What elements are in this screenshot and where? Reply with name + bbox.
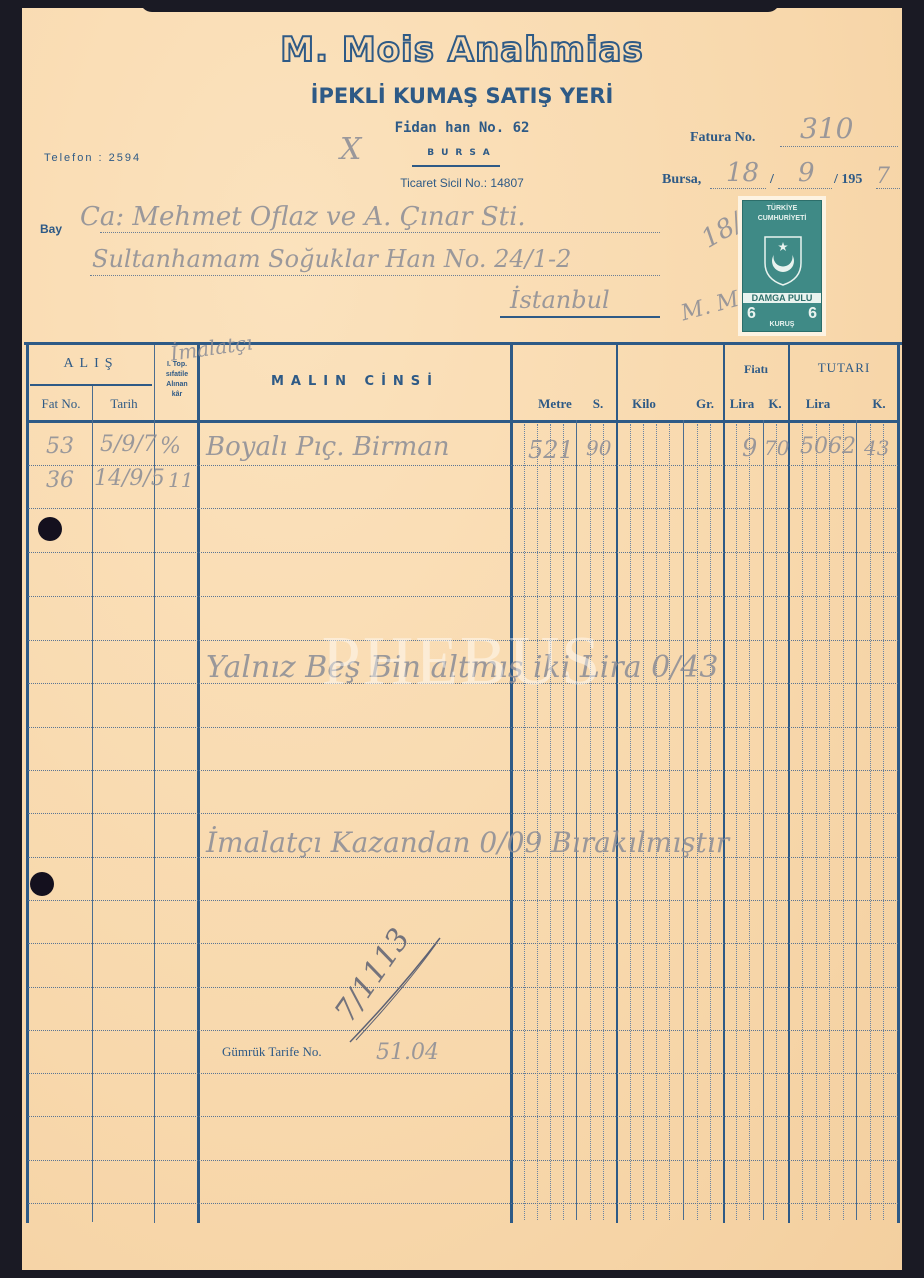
header-malin-cinsi: MALIN CİNSİ (200, 374, 510, 389)
header-tarih: Tarih (94, 396, 154, 412)
customer-line-2 (90, 275, 660, 276)
row-line (28, 900, 898, 901)
subcol (630, 424, 631, 1220)
row1-tarih: 5/9/7 (100, 432, 157, 457)
header-kar-3: Alınan (157, 380, 197, 390)
crescent-star-icon (761, 231, 805, 287)
row-line (28, 552, 898, 553)
col-border-metre-s (576, 420, 577, 1220)
header-kar: I. Top. sıfatile Alınan kâr (157, 360, 197, 400)
header-fiati: Fiatı (726, 362, 786, 377)
row2-fat-no: 36 (46, 468, 74, 493)
header-fat-no: Fat No. (30, 396, 92, 412)
subcol (563, 424, 564, 1220)
subcol (643, 424, 644, 1220)
row1-fiati-k: 70 (764, 436, 789, 460)
subcol (749, 424, 750, 1220)
header-kilo: Kilo (626, 396, 662, 412)
customs-label: Gümrük Tarife No. (222, 1044, 322, 1060)
subcol (697, 424, 698, 1220)
date-year-suffix: 7 (876, 164, 890, 189)
stamp-body: TÜRKİYE CUMHURİYETİ DAMGA PULU 6 6 KURUŞ (742, 200, 822, 332)
row-line (28, 1030, 898, 1031)
col-border-kar (197, 345, 200, 1223)
row-line (28, 813, 898, 814)
customer-city: İstanbul (510, 286, 610, 314)
alis-divider (30, 384, 152, 386)
header-kilo-gr: Gr. (690, 396, 720, 412)
row-line (28, 1116, 898, 1117)
customs-value: 51.04 (376, 1040, 439, 1065)
row-line (28, 987, 898, 988)
date-day-line (710, 188, 766, 189)
subcol (537, 424, 538, 1220)
stamp-unit: KURUŞ (743, 321, 821, 328)
col-border-desc (510, 345, 513, 1223)
subcol (656, 424, 657, 1220)
customer-line-3 (500, 316, 660, 318)
date-month: 9 (798, 158, 815, 188)
subcol (843, 424, 844, 1220)
row2-tarih: 14/9/5 (94, 466, 165, 491)
header-kar-2: sıfatile (157, 370, 197, 380)
subcol (590, 424, 591, 1220)
subcol (550, 424, 551, 1220)
subcol (710, 424, 711, 1220)
row1-fat-no: 53 (46, 434, 74, 459)
phone-number: 2594 (109, 152, 141, 164)
subcol (816, 424, 817, 1220)
header-fiati-k: K. (764, 396, 786, 412)
customer-label: Bay (40, 222, 62, 236)
date-month-line (778, 188, 832, 189)
header-tutari-k: K. (866, 396, 892, 412)
city-underline (412, 165, 500, 167)
row1-tutari-lira: 5062 (800, 434, 856, 459)
date-year-prefix: / 195 (834, 172, 862, 188)
col-border-kilo-gr (683, 420, 684, 1220)
company-name: M. Mois Anahmias (0, 30, 924, 70)
customer-name: Ca: Mehmet Oflaz ve A. Çınar Sti. (80, 202, 526, 232)
row-line (28, 1160, 898, 1161)
header-tutari: TUTARI (792, 360, 896, 376)
subcol (669, 424, 670, 1220)
subcol (603, 424, 604, 1220)
stamp-country: TÜRKİYE (743, 205, 821, 212)
subcol (829, 424, 830, 1220)
col-border-right (897, 345, 900, 1223)
subcol (736, 424, 737, 1220)
company-address: Fidan han No. 62 (0, 120, 924, 136)
row1-metre-s: 90 (586, 436, 611, 460)
col-border-fiati (788, 345, 790, 1223)
header-metre-s: S. (586, 396, 610, 412)
col-border-left (26, 345, 29, 1223)
row-line (28, 1203, 898, 1204)
table-header-bottom (26, 420, 900, 423)
header-kar-4: kâr (157, 390, 197, 400)
row1-description: Boyalı Pıç. Birman (206, 432, 450, 462)
revenue-stamp: TÜRKİYE CUMHURİYETİ DAMGA PULU 6 6 KURUŞ (738, 196, 826, 336)
row-line (28, 596, 898, 597)
row1-tutari-k: 43 (864, 436, 889, 460)
row-line (28, 1073, 898, 1074)
subcol (883, 424, 884, 1220)
date-day: 18 (726, 158, 759, 188)
row2-kar: 11 (168, 468, 193, 492)
date-sep-1: / (770, 172, 774, 188)
header-tutari-lira: Lira (798, 396, 838, 412)
subcol (870, 424, 871, 1220)
watermark: PHEBUS (0, 622, 924, 702)
col-border-kilo (723, 345, 725, 1223)
col-border-metre (616, 345, 618, 1223)
row-line (28, 727, 898, 728)
punch-hole-top (38, 517, 62, 541)
col-border-fiati-k (763, 420, 764, 1220)
subcol (802, 424, 803, 1220)
date-label: Bursa, (662, 172, 701, 188)
torn-edge (140, 0, 780, 12)
company-subtitle: İPEKLİ KUMAŞ SATIŞ YERİ (0, 84, 924, 108)
customer-address: Sultanhamam Soğuklar Han No. 24/1-2 (92, 245, 571, 273)
header-metre: Metre (530, 396, 580, 412)
invoice-number-line (780, 146, 898, 147)
row-line (28, 508, 898, 509)
row1-fiati-lira: 9 (742, 434, 757, 462)
table-top-border (24, 342, 902, 345)
phone: Telefon : 2594 (44, 152, 141, 164)
invoice-number: 310 (800, 112, 853, 145)
invoice-number-label: Fatura No. (690, 130, 755, 146)
row1-kar: % (160, 434, 181, 459)
phone-label: Telefon : (44, 152, 104, 164)
header-fiati-lira: Lira (726, 396, 758, 412)
header-alis: ALIŞ (30, 356, 152, 372)
row-line (28, 770, 898, 771)
customer-line-1 (100, 232, 660, 233)
punch-hole-bottom (30, 872, 54, 896)
stamp-type: DAMGA PULU (743, 293, 821, 303)
row1-metre: 521 (528, 436, 574, 464)
col-border-tutari-k (856, 420, 857, 1220)
subcol (776, 424, 777, 1220)
checkmark-icon (340, 930, 450, 1050)
subcol (524, 424, 525, 1220)
row-line (28, 943, 898, 944)
col-border-fatno (92, 386, 93, 1222)
pencil-x-mark: X (340, 132, 361, 167)
margin-note: İmalatçı Kazandan 0/09 Bırakılmıştır (206, 826, 729, 859)
stamp-republic: CUMHURİYETİ (743, 215, 821, 222)
